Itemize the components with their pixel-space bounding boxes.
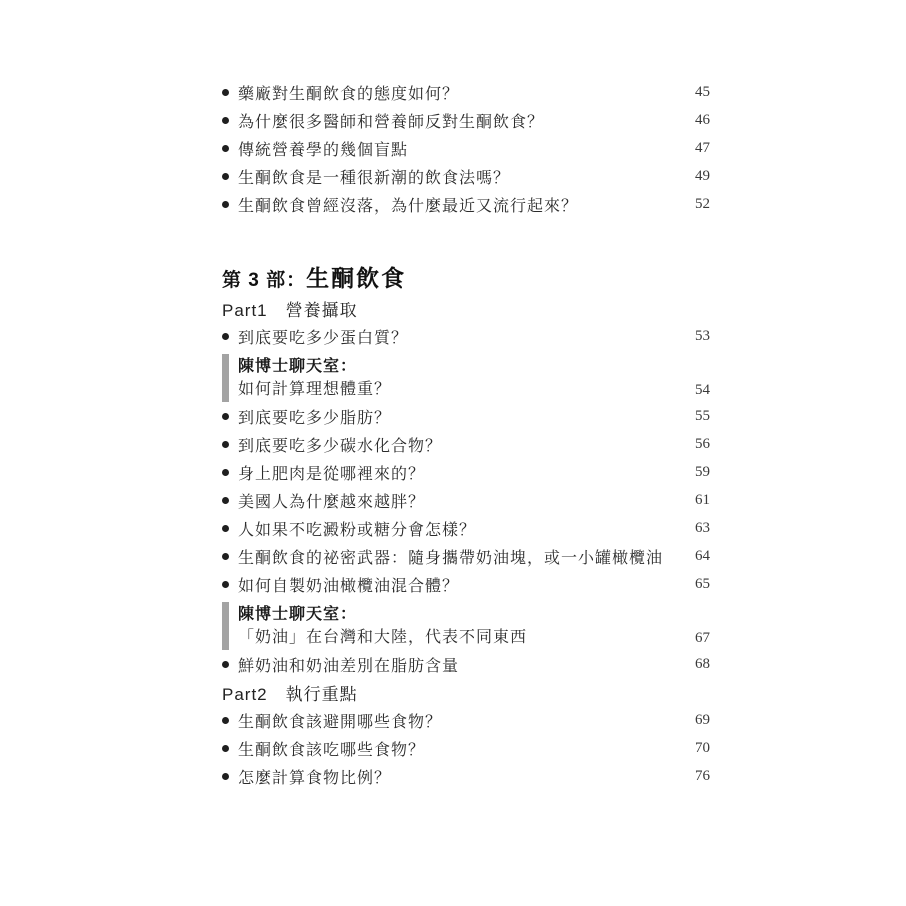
- section-heading: 第 3 部： 生酮飲食: [222, 254, 710, 290]
- toc-item-page: 61: [695, 492, 710, 509]
- toc-item: 生酮飲食是一種很新潮的飲食法嗎？ 49: [222, 162, 710, 190]
- toc-item: 生酮飲食曾經沒落，為什麼最近又流行起來？ 52: [222, 190, 710, 218]
- toc-item-title: 怎麼計算食物比例？: [238, 765, 685, 788]
- bullet-icon: [222, 661, 229, 668]
- toc-item: 人如果不吃澱粉或糖分會怎樣？ 63: [222, 514, 710, 542]
- toc-item-page: 53: [695, 328, 710, 345]
- table-of-contents: 藥廠對生酮飲食的態度如何？ 45 為什麼很多醫師和營養師反對生酮飲食？ 46 傳…: [222, 78, 710, 790]
- toc-item-page: 65: [695, 576, 710, 593]
- section-heading-title: 生酮飲食: [306, 260, 406, 293]
- toc-item-title: 生酮飲食曾經沒落，為什麼最近又流行起來？: [238, 193, 685, 216]
- bullet-icon: [222, 201, 229, 208]
- bullet-icon: [222, 117, 229, 124]
- bullet-icon: [222, 553, 229, 560]
- toc-item: 到底要吃多少脂肪？ 55: [222, 402, 710, 430]
- toc-item: 如何自製奶油橄欖油混合體？ 65: [222, 570, 710, 598]
- toc-item-page: 76: [695, 768, 710, 785]
- toc-item: 生酮飲食該吃哪些食物？ 70: [222, 734, 710, 762]
- toc-item: 美國人為什麼越來越胖？ 61: [222, 486, 710, 514]
- part2-label: Part2 執行重點: [222, 678, 710, 706]
- bullet-icon: [222, 413, 229, 420]
- bullet-icon: [222, 173, 229, 180]
- chat-callout-content: 陳博士聊天室： 「奶油」在台灣和大陸，代表不同東西 67: [238, 602, 710, 650]
- chat-callout-content: 陳博士聊天室： 如何計算理想體重？ 54: [238, 354, 710, 402]
- toc-item-title: 生酮飲食該吃哪些食物？: [238, 737, 685, 760]
- toc-item-page: 49: [695, 168, 710, 185]
- chat-callout-line: 「奶油」在台灣和大陸，代表不同東西 67: [238, 626, 710, 650]
- chat-callout-heading: 陳博士聊天室：: [238, 603, 710, 626]
- chat-callout-line: 如何計算理想體重？ 54: [238, 378, 710, 402]
- toc-item: 鮮奶油和奶油差別在脂肪含量 68: [222, 650, 710, 678]
- toc-item-page: 46: [695, 112, 710, 129]
- toc-item-title: 鮮奶油和奶油差別在脂肪含量: [238, 653, 685, 676]
- chat-callout: 陳博士聊天室： 如何計算理想體重？ 54: [222, 354, 710, 402]
- book-toc-page: 藥廠對生酮飲食的態度如何？ 45 為什麼很多醫師和營養師反對生酮飲食？ 46 傳…: [0, 0, 906, 906]
- toc-item-title: 到底要吃多少碳水化合物？: [238, 433, 685, 456]
- toc-item: 為什麼很多醫師和營養師反對生酮飲食？ 46: [222, 106, 710, 134]
- chat-callout-title: 如何計算理想體重？: [238, 378, 685, 401]
- bullet-icon: [222, 745, 229, 752]
- toc-item-title: 為什麼很多醫師和營養師反對生酮飲食？: [238, 109, 685, 132]
- bullet-icon: [222, 717, 229, 724]
- bullet-icon: [222, 581, 229, 588]
- toc-item-title: 生酮飲食是一種很新潮的飲食法嗎？: [238, 165, 685, 188]
- toc-item-page: 56: [695, 436, 710, 453]
- toc-item-page: 54: [695, 379, 710, 402]
- toc-item-title: 到底要吃多少蛋白質？: [238, 325, 685, 348]
- toc-item: 生酮飲食該避開哪些食物？ 69: [222, 706, 710, 734]
- toc-item-page: 63: [695, 520, 710, 537]
- bullet-icon: [222, 773, 229, 780]
- bullet-icon: [222, 333, 229, 340]
- bullet-icon: [222, 525, 229, 532]
- chat-callout-title: 「奶油」在台灣和大陸，代表不同東西: [238, 626, 685, 649]
- bullet-icon: [222, 89, 229, 96]
- part1-label: Part1 營養攝取: [222, 294, 710, 322]
- toc-item-title: 傳統營養學的幾個盲點: [238, 137, 685, 160]
- toc-item-title: 生酮飲食該避開哪些食物？: [238, 709, 685, 732]
- toc-item-page: 47: [695, 140, 710, 157]
- toc-item: 傳統營養學的幾個盲點 47: [222, 134, 710, 162]
- toc-item-title: 藥廠對生酮飲食的態度如何？: [238, 81, 685, 104]
- toc-item-title: 到底要吃多少脂肪？: [238, 405, 685, 428]
- toc-item-title: 美國人為什麼越來越胖？: [238, 489, 685, 512]
- section-heading-prefix: 第 3 部：: [222, 265, 306, 292]
- toc-item: 生酮飲食的祕密武器：隨身攜帶奶油塊，或一小罐橄欖油 64: [222, 542, 710, 570]
- toc-item-title: 人如果不吃澱粉或糖分會怎樣？: [238, 517, 685, 540]
- toc-item-title: 生酮飲食的祕密武器：隨身攜帶奶油塊，或一小罐橄欖油: [238, 545, 685, 568]
- bullet-icon: [222, 441, 229, 448]
- toc-item: 怎麼計算食物比例？ 76: [222, 762, 710, 790]
- bullet-icon: [222, 497, 229, 504]
- toc-item-page: 55: [695, 408, 710, 425]
- bullet-icon: [222, 469, 229, 476]
- chat-callout-heading: 陳博士聊天室：: [238, 355, 710, 378]
- toc-item: 到底要吃多少碳水化合物？ 56: [222, 430, 710, 458]
- toc-item-page: 68: [695, 656, 710, 673]
- callout-bar-icon: [222, 354, 229, 402]
- toc-item-page: 67: [695, 627, 710, 650]
- toc-item: 到底要吃多少蛋白質？ 53: [222, 322, 710, 350]
- toc-item-page: 69: [695, 712, 710, 729]
- toc-item-page: 59: [695, 464, 710, 481]
- toc-item-title: 身上肥肉是從哪裡來的？: [238, 461, 685, 484]
- bullet-icon: [222, 145, 229, 152]
- chat-callout: 陳博士聊天室： 「奶油」在台灣和大陸，代表不同東西 67: [222, 602, 710, 650]
- callout-bar-icon: [222, 602, 229, 650]
- toc-item: 藥廠對生酮飲食的態度如何？ 45: [222, 78, 710, 106]
- toc-item-title: 如何自製奶油橄欖油混合體？: [238, 573, 685, 596]
- toc-item-page: 70: [695, 740, 710, 757]
- toc-item-page: 45: [695, 84, 710, 101]
- toc-item-page: 52: [695, 196, 710, 213]
- toc-item-page: 64: [695, 548, 710, 565]
- toc-item: 身上肥肉是從哪裡來的？ 59: [222, 458, 710, 486]
